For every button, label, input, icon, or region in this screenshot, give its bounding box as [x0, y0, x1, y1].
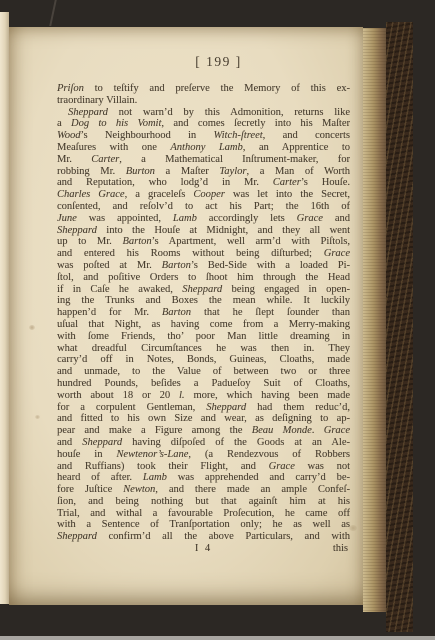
text-line: ing the Trunks and Boxes the mean while.…: [57, 295, 350, 307]
text-line: worth about 18 or 20 l. more, which havi…: [57, 390, 350, 402]
stain-spot: [35, 415, 40, 419]
catchword: this: [333, 543, 348, 555]
text-line: conſented, and reſolv’d to act his Part;…: [57, 201, 350, 213]
text-line: ſion, and being nothing but that againſt…: [57, 496, 350, 508]
text-line: hundred Pounds, beſides a Padueſoy Suit …: [57, 378, 350, 390]
facing-page-edge: [0, 12, 9, 604]
text-line: and unmade, to the Value of between two …: [57, 366, 350, 378]
text-line: Trial, and withal a favourable Proſecuti…: [57, 508, 350, 520]
text-line: carry’d off in Notes, Bonds, Guineas, Cl…: [57, 354, 350, 366]
scanned-book-page: [ 199 ] Priſon to teſtify and preſerve t…: [0, 0, 435, 640]
text-line: Mr. Carter, a Mathematical Inſtrument-ma…: [57, 154, 350, 166]
text-line: Wood’s Neighbourhood in Witch-ſtreet, an…: [57, 130, 350, 142]
text-line: Sheppard confirm’d all the above Particu…: [57, 531, 350, 543]
text-line: and entered his Rooms without being diſt…: [57, 248, 350, 260]
page-number: [ 199 ]: [57, 54, 350, 70]
text-line: a Dog to his Vomit, and comes ſecretly i…: [57, 118, 350, 130]
text-line: was poſted at Mr. Barton’s Bed-Side with…: [57, 260, 350, 272]
fore-edge: [363, 28, 386, 612]
text-line: uſual that Night, as having come from a …: [57, 319, 350, 331]
marbled-cover-edge: [386, 22, 413, 632]
text-line: houſe in Newtenor’s-Lane, (a Rendezvous …: [57, 449, 350, 461]
book-page: [ 199 ] Priſon to teſtify and preſerve t…: [9, 27, 363, 605]
text-line: and Reputation, who lodg’d in Mr. Carter…: [57, 177, 350, 189]
text-line: if in Caſe he awaked, Sheppard being eng…: [57, 284, 350, 296]
text-line: June was appointed, Lamb accordingly let…: [57, 213, 350, 225]
text-line: ſtol, and poſitive Orders to ſhoot him t…: [57, 272, 350, 284]
text-line: happen’d for Mr. Barton that he ſlept ſo…: [57, 307, 350, 319]
text-line: Charles Grace, a graceleſs Cooper was le…: [57, 189, 350, 201]
catchword-line: I 4this: [57, 543, 350, 555]
scan-bed-edge: [0, 636, 435, 640]
text-line: up to Mr. Barton’s Apartment, well arm’d…: [57, 236, 350, 248]
text-line: Meaſures with one Anthony Lamb, an Appre…: [57, 142, 350, 154]
text-line: and fitted to his own Size and wear, as …: [57, 413, 350, 425]
text-line: pear and make a Figure among the Beau Mo…: [57, 425, 350, 437]
text-line: for a corpulent Gentleman, Sheppard had …: [57, 402, 350, 414]
text-line: what dreadful Circumſtances he was then …: [57, 343, 350, 355]
text-line: and Ruffians) took their Flight, and Gra…: [57, 461, 350, 473]
text-line: fore Juſtice Newton, and there made an a…: [57, 484, 350, 496]
text-line: heard of after. Lamb was apprehended and…: [57, 472, 350, 484]
body-text: Priſon to teſtify and preſerve the Memor…: [57, 83, 350, 555]
text-line: Sheppard into the Houſe at Midnight, and…: [57, 225, 350, 237]
text-line: with ſome Friends, tho’ poor Man little …: [57, 331, 350, 343]
text-line: Sheppard not warn’d by this Admonition, …: [57, 107, 350, 119]
text-line: robbing Mr. Burton a Maſter Taylor, a Ma…: [57, 166, 350, 178]
text-line: with a Sentence of Tranſportation only; …: [57, 519, 350, 531]
stain-spot: [29, 325, 35, 330]
text-line: and Sheppard having diſpoſed of the Good…: [57, 437, 350, 449]
text-line: traordinary Villain.: [57, 95, 350, 107]
cover-seam: [49, 0, 57, 26]
stain-spot: [349, 525, 357, 531]
signature-mark: I 4: [195, 543, 212, 555]
text-line: Priſon to teſtify and preſerve the Memor…: [57, 83, 350, 95]
